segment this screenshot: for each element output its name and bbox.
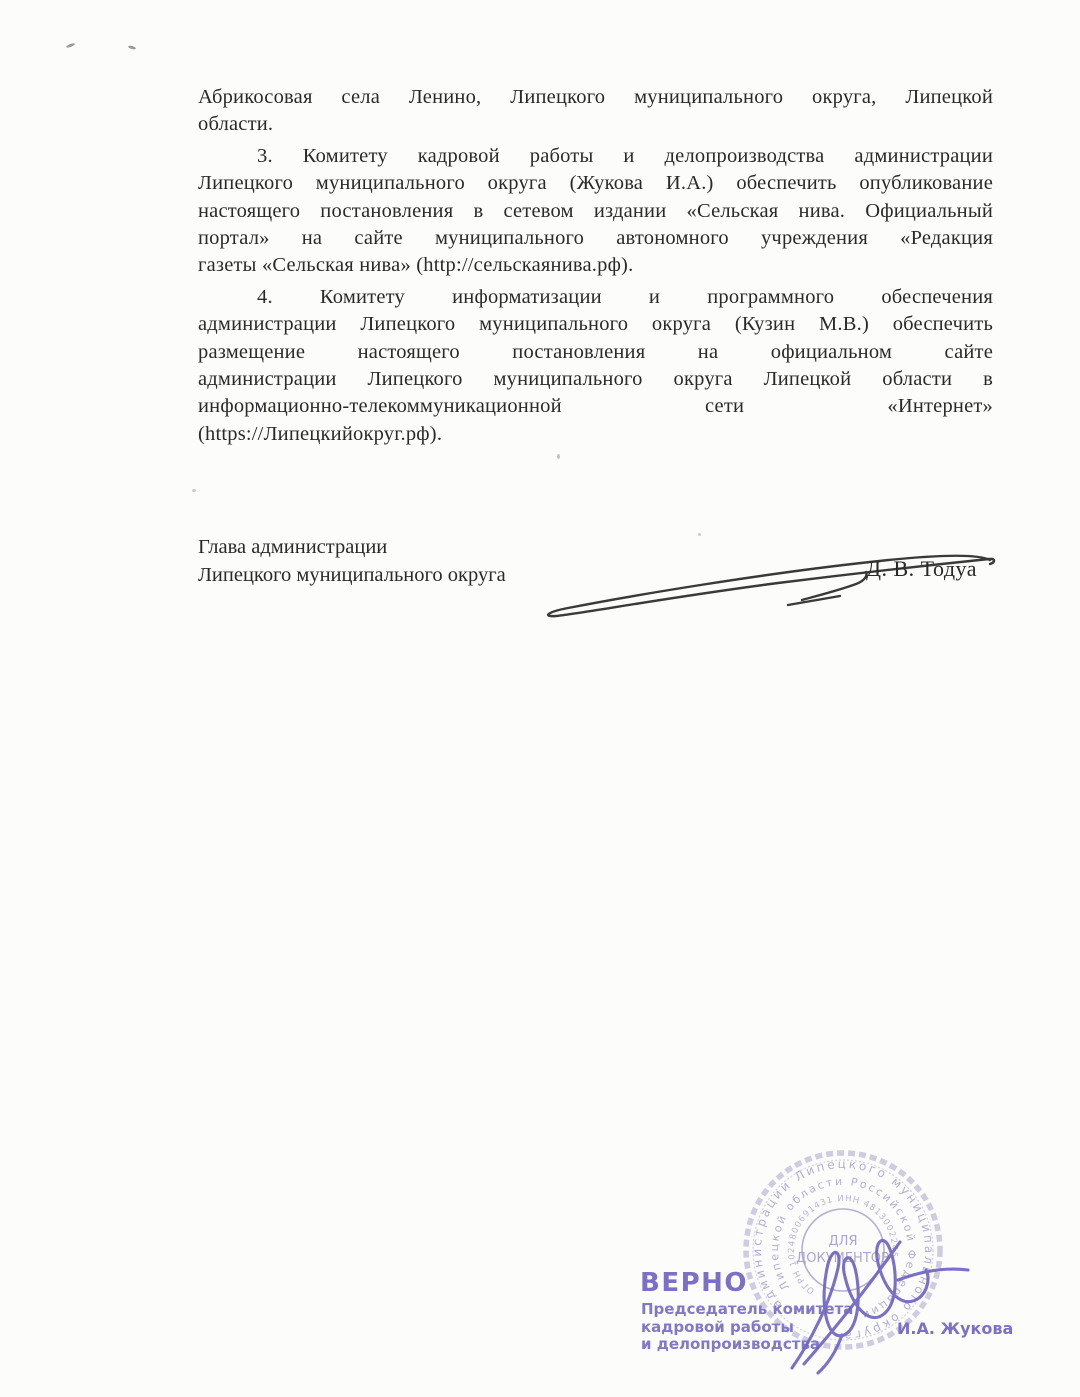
scanned-document-page: Абрикосовая села Ленино, Липецкого муниц… bbox=[0, 0, 1080, 1397]
scan-speck bbox=[698, 533, 701, 536]
scan-speck bbox=[557, 454, 560, 459]
text-line: области. bbox=[198, 111, 993, 138]
text-line: администрации Липецкого муниципального о… bbox=[198, 311, 993, 338]
text-line: (https://Липецкийокруг.рф). bbox=[198, 421, 993, 448]
document-body-text: Абрикосовая села Ленино, Липецкого муниц… bbox=[198, 84, 993, 448]
text-line: 3. Комитету кадровой работы и делопроизв… bbox=[198, 143, 993, 170]
text-line: 4. Комитету информатизации и программног… bbox=[198, 284, 993, 311]
scan-speck bbox=[128, 45, 137, 50]
scan-speck bbox=[192, 489, 196, 492]
signer-name-todua: Д. В. Тодуа bbox=[866, 556, 977, 582]
text-line: настоящего постановления в сетевом издан… bbox=[198, 198, 993, 225]
scan-speck bbox=[66, 43, 75, 49]
verno-stamp-word: ВЕРНО bbox=[640, 1268, 748, 1298]
text-line: Липецкого муниципального округа (Жукова … bbox=[198, 170, 993, 197]
signer-position-line: Глава администрации bbox=[198, 533, 506, 561]
signature-block: Глава администрации Липецкого муниципаль… bbox=[198, 533, 506, 589]
text-line: информационно-телекоммуникационной сети … bbox=[198, 393, 993, 420]
text-line: портал» на сайте муниципального автономн… bbox=[198, 225, 993, 252]
text-line: администрации Липецкого муниципального о… bbox=[198, 366, 993, 393]
handwritten-signature-zhukova bbox=[782, 1226, 977, 1376]
signer-name-zhukova: И.А. Жукова bbox=[897, 1319, 1013, 1338]
text-line: Абрикосовая села Ленино, Липецкого муниц… bbox=[198, 84, 993, 111]
signer-position-line: Липецкого муниципального округа bbox=[198, 561, 506, 589]
text-line: газеты «Сельская нива» (http://сельскаян… bbox=[198, 252, 993, 279]
text-line: размещение настоящего постановления на о… bbox=[198, 339, 993, 366]
